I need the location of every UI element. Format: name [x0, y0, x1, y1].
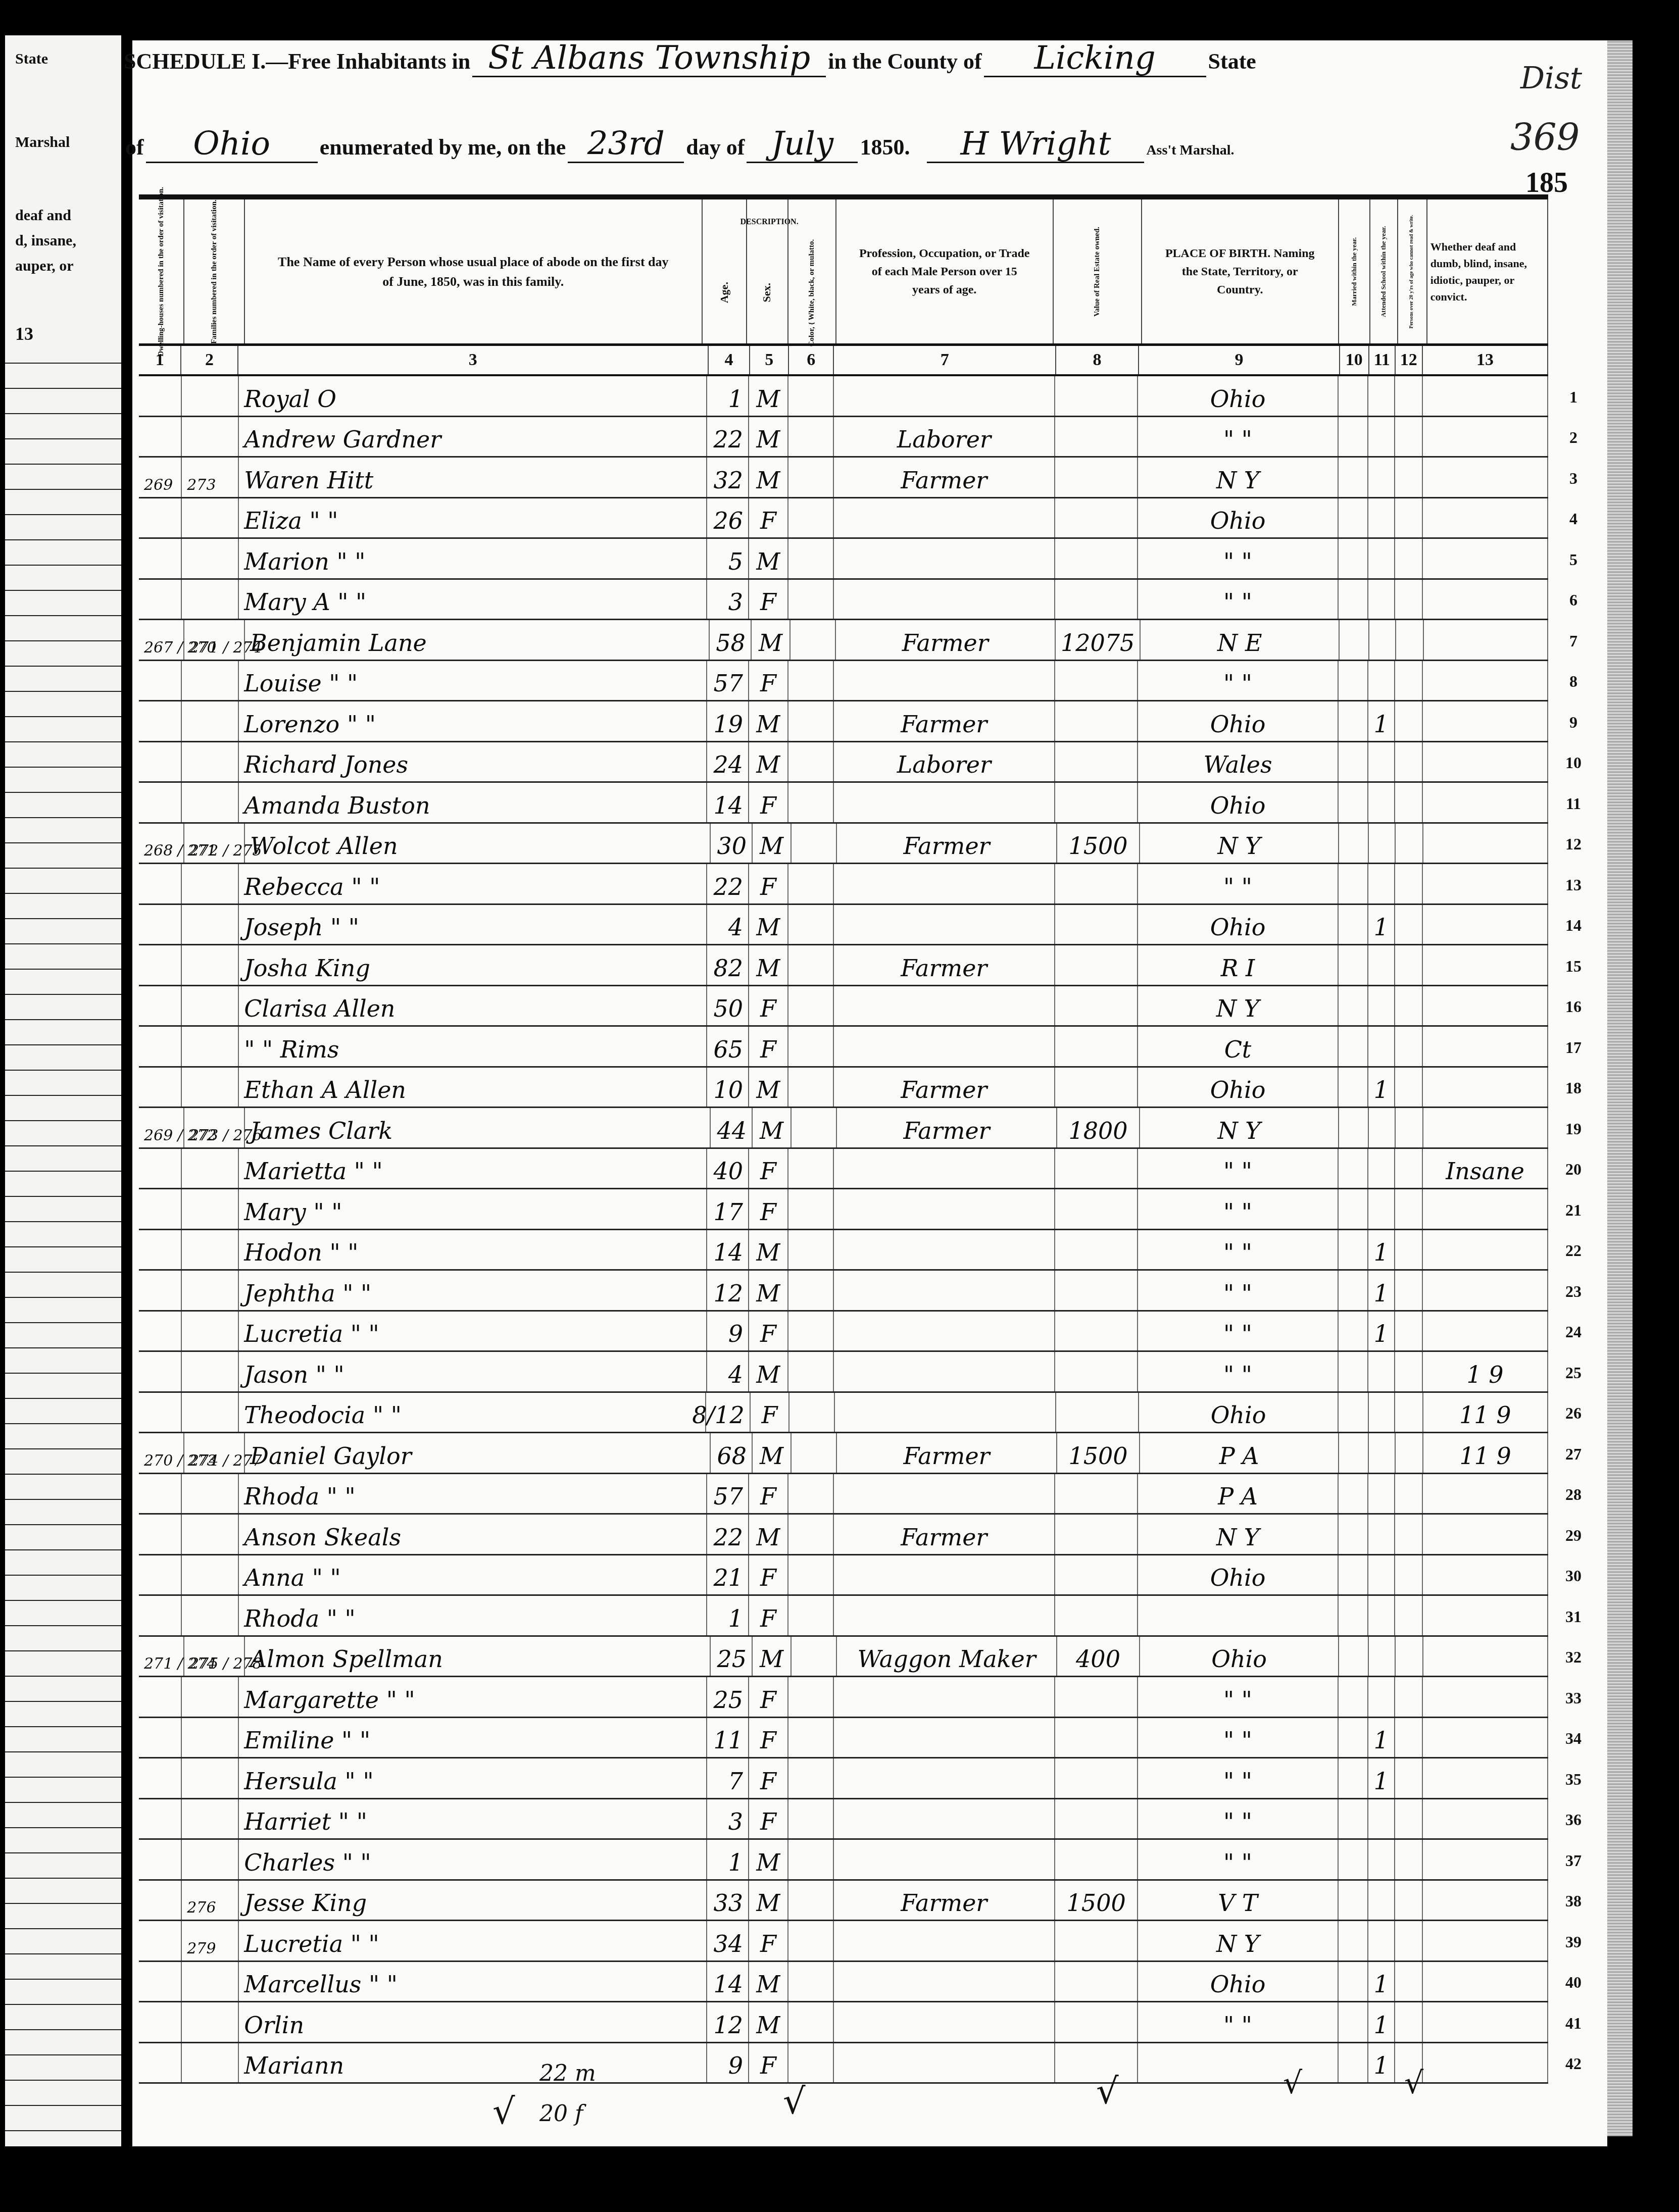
row-school: [1368, 1027, 1395, 1066]
row-age: 32: [707, 458, 749, 497]
row-occupation: [834, 986, 1055, 1026]
row-occupation: [834, 1474, 1055, 1514]
row-illiterate: [1395, 1271, 1423, 1310]
col-header-family: Families numbered in the order of visita…: [184, 199, 245, 343]
row-age: 1: [707, 1596, 749, 1635]
row-name: James Clark: [245, 1108, 711, 1147]
table-row: Rebecca " "22F" "13: [139, 864, 1548, 905]
row-school: [1369, 824, 1396, 863]
row-name: Hodon " ": [239, 1230, 707, 1270]
row-married: [1339, 905, 1368, 944]
row-dwelling-number: [139, 742, 182, 782]
row-age: 44: [711, 1108, 753, 1147]
row-condition: [1423, 1758, 1548, 1798]
row-school: [1369, 1108, 1396, 1147]
col-num-6: 6: [789, 346, 834, 374]
row-family-number: [182, 945, 239, 985]
row-family-number: 274 / 277: [184, 1433, 245, 1473]
row-illiterate: [1396, 1108, 1423, 1147]
row-family-number: [182, 1718, 239, 1757]
row-occupation: [834, 1149, 1055, 1188]
row-school: 1: [1368, 1230, 1395, 1270]
row-school: [1368, 498, 1395, 538]
table-row: Mary A " "3F" "6: [139, 580, 1548, 621]
row-occupation: [834, 2043, 1055, 2083]
row-condition: [1424, 620, 1548, 660]
row-school: [1368, 1474, 1395, 1514]
row-illiterate: [1395, 1189, 1423, 1229]
row-sex: F: [749, 1596, 788, 1635]
row-condition: 1 9: [1423, 1352, 1548, 1391]
row-sex: F: [749, 2043, 788, 2083]
row-school: [1368, 742, 1395, 782]
row-school: [1368, 539, 1395, 578]
row-age: 14: [707, 1230, 749, 1270]
row-birthplace: P A: [1138, 1474, 1339, 1514]
row-condition: [1423, 1312, 1548, 1351]
row-sex: F: [749, 1718, 788, 1757]
row-occupation: Farmer: [837, 1433, 1057, 1473]
row-illiterate: [1396, 620, 1424, 660]
row-illiterate: [1395, 783, 1423, 822]
row-dwelling-number: [139, 1149, 182, 1188]
row-age: 8/12: [706, 1393, 751, 1432]
township-field: St Albans Township: [472, 40, 826, 77]
row-color: [788, 417, 834, 457]
row-illiterate: [1395, 1312, 1423, 1351]
row-birthplace: P A: [1140, 1433, 1340, 1473]
row-occupation: [834, 1027, 1055, 1066]
row-illiterate: [1395, 458, 1423, 497]
row-dwelling-number: [139, 1758, 182, 1798]
row-school: [1368, 1596, 1395, 1635]
row-married: [1339, 1433, 1369, 1473]
row-real-estate: [1055, 1352, 1138, 1391]
row-illiterate: [1395, 1149, 1423, 1188]
row-name: Orlin: [239, 2002, 707, 2042]
row-real-estate: [1055, 1474, 1138, 1514]
row-name: Marietta " ": [239, 1149, 707, 1188]
row-illiterate: [1395, 376, 1423, 416]
line-number: 9: [1558, 713, 1589, 732]
enumeration-header-line: of Ohio enumerated by me, on the 23rd da…: [125, 126, 1234, 163]
row-illiterate: [1395, 1027, 1423, 1066]
line-number: 40: [1558, 1973, 1589, 1992]
marshal-name-field: H Wright: [927, 126, 1144, 163]
line-number: 14: [1558, 916, 1589, 935]
row-age: 22: [707, 864, 749, 903]
row-sex: M: [749, 1840, 788, 1879]
row-age: 12: [707, 1271, 749, 1310]
state-field: Ohio: [146, 126, 318, 163]
table-row: Andrew Gardner22MLaborer" "2: [139, 417, 1548, 458]
enumerated-label: enumerated by me, on the: [320, 135, 566, 160]
col-header-sex: Sex.: [747, 199, 788, 343]
row-illiterate: [1395, 1515, 1423, 1554]
row-occupation: [834, 1677, 1055, 1717]
row-condition: [1423, 2043, 1548, 2083]
row-married: [1339, 864, 1368, 903]
row-color: [792, 1637, 837, 1676]
line-number: 3: [1558, 469, 1589, 488]
row-real-estate: [1055, 742, 1138, 782]
row-real-estate: [1055, 580, 1138, 619]
row-sex: M: [749, 539, 788, 578]
line-number: 19: [1558, 1120, 1589, 1138]
row-age: 65: [707, 1027, 749, 1066]
row-name: Clarisa Allen: [239, 986, 707, 1026]
row-family-number: 275 / 278: [184, 1637, 245, 1676]
row-name: Lorenzo " ": [239, 701, 707, 741]
row-family-number: [182, 1799, 239, 1839]
table-body: Royal O1MOhio1Andrew Gardner22MLaborer" …: [139, 376, 1548, 2084]
row-occupation: [834, 1758, 1055, 1798]
row-birthplace: " ": [1138, 1230, 1339, 1270]
row-occupation: [834, 1352, 1055, 1391]
row-name: Almon Spellman: [245, 1637, 711, 1676]
row-married: [1339, 945, 1368, 985]
row-real-estate: [1055, 986, 1138, 1026]
line-number: 42: [1558, 2054, 1589, 2073]
table-row: Rhoda " "1F31: [139, 1596, 1548, 1637]
row-family-number: [182, 986, 239, 1026]
row-name: Theodocia " ": [239, 1393, 706, 1432]
table-row: Marcellus " "14MOhio140: [139, 1962, 1548, 2003]
row-married: [1339, 1189, 1368, 1229]
district-note: Dist: [1520, 61, 1582, 96]
row-sex: M: [752, 620, 791, 660]
row-birthplace: " ": [1138, 580, 1339, 619]
row-age: 68: [711, 1433, 753, 1473]
tally-males: 22 m: [539, 2060, 596, 2086]
row-condition: [1423, 1189, 1548, 1229]
row-married: [1339, 1027, 1368, 1066]
row-married: [1339, 824, 1369, 863]
row-condition: [1423, 1027, 1548, 1066]
description-group: DESCRIPTION. Age. Sex. Color, { White, b…: [703, 199, 836, 343]
row-condition: [1423, 1596, 1548, 1635]
row-dwelling-number: [139, 945, 182, 985]
table-row: Eliza " "26FOhio4: [139, 498, 1548, 539]
row-birthplace: " ": [1138, 661, 1339, 700]
row-real-estate: [1056, 1393, 1139, 1432]
line-number: 28: [1558, 1485, 1589, 1504]
line-number: 8: [1558, 672, 1589, 691]
row-real-estate: [1055, 1230, 1138, 1270]
table-row: Marion " "5M" "5: [139, 539, 1548, 580]
row-name: Louise " ": [239, 661, 707, 700]
line-number: 41: [1558, 2014, 1589, 2033]
line-number: 39: [1558, 1933, 1589, 1951]
row-color: [788, 1799, 834, 1839]
row-condition: [1423, 1230, 1548, 1270]
line-number: 22: [1558, 1241, 1589, 1260]
schedule-header-line: SCHEDULE I.—Free Inhabitants in St Alban…: [124, 40, 1256, 77]
row-name: Harriet " ": [239, 1799, 707, 1839]
row-condition: 11 9: [1423, 1433, 1548, 1473]
row-occupation: [834, 376, 1055, 416]
table-row: Mariann9F142: [139, 2043, 1548, 2084]
row-birthplace: Ohio: [1138, 1068, 1339, 1107]
row-occupation: [834, 1271, 1055, 1310]
row-school: 1: [1368, 1758, 1395, 1798]
col-header-illiterate: Persons over 20 y'rs of age who cannot r…: [1398, 199, 1427, 343]
row-occupation: [834, 1312, 1055, 1351]
line-number: 18: [1558, 1079, 1589, 1097]
row-family-number: [182, 1962, 239, 2001]
row-birthplace: N Y: [1138, 1921, 1339, 1960]
row-color: [788, 2043, 834, 2083]
row-real-estate: 12075: [1056, 620, 1141, 660]
row-school: [1368, 1799, 1395, 1839]
row-real-estate: [1055, 905, 1138, 944]
row-sex: M: [749, 1515, 788, 1554]
county-label: in the County of: [828, 49, 981, 74]
row-school: [1368, 986, 1395, 1026]
row-illiterate: [1395, 1881, 1423, 1920]
row-birthplace: N Y: [1138, 1515, 1339, 1554]
row-dwelling-number: [139, 986, 182, 1026]
row-real-estate: [1055, 1840, 1138, 1879]
row-real-estate: [1055, 1068, 1138, 1107]
row-real-estate: [1055, 2002, 1138, 2042]
row-married: [1339, 1474, 1368, 1514]
row-occupation: Farmer: [837, 824, 1057, 863]
line-number: 32: [1558, 1648, 1589, 1667]
row-occupation: [834, 783, 1055, 822]
row-name: Mary A " ": [239, 580, 707, 619]
row-age: 14: [707, 1962, 749, 2001]
row-age: 19: [707, 701, 749, 741]
line-number: 26: [1558, 1404, 1589, 1423]
row-real-estate: [1055, 1799, 1138, 1839]
row-family-number: 273: [182, 458, 239, 497]
row-illiterate: [1395, 945, 1423, 985]
row-real-estate: [1055, 1718, 1138, 1757]
row-birthplace: " ": [1138, 539, 1339, 578]
table-row: Orlin12M" "141: [139, 2002, 1548, 2043]
row-birthplace: " ": [1138, 1149, 1339, 1188]
row-color: [792, 824, 837, 863]
row-dwelling-number: [139, 498, 182, 538]
row-married: [1339, 498, 1368, 538]
row-married: [1339, 1068, 1368, 1107]
row-married: [1339, 1962, 1368, 2001]
row-sex: M: [749, 1271, 788, 1310]
row-age: 10: [707, 1068, 749, 1107]
row-name: Josha King: [239, 945, 707, 985]
row-family-number: 273 / 276: [184, 1108, 245, 1147]
row-illiterate: [1395, 1799, 1423, 1839]
row-sex: M: [753, 1108, 792, 1147]
row-birthplace: " ": [1138, 1352, 1339, 1391]
row-condition: [1423, 986, 1548, 1026]
row-married: [1339, 1555, 1368, 1595]
row-color: [788, 376, 834, 416]
row-age: 22: [707, 1515, 749, 1554]
row-real-estate: [1055, 458, 1138, 497]
row-age: 11: [707, 1718, 749, 1757]
row-color: [788, 1596, 834, 1635]
scan-border-bottom: [0, 2146, 1679, 2212]
row-sex: M: [749, 1962, 788, 2001]
row-illiterate: [1395, 417, 1423, 457]
row-sex: F: [749, 1149, 788, 1188]
row-family-number: 279: [182, 1921, 239, 1960]
row-school: [1368, 864, 1395, 903]
row-sex: F: [749, 864, 788, 903]
column-number-row: 1 2 3 4 5 6 7 8 9 10 11 12 13: [139, 346, 1548, 376]
row-color: [788, 2002, 834, 2042]
row-real-estate: [1055, 1149, 1138, 1188]
row-dwelling-number: [139, 1474, 182, 1514]
row-illiterate: [1395, 580, 1423, 619]
row-occupation: Farmer: [834, 1068, 1055, 1107]
row-birthplace: Ohio: [1138, 1555, 1339, 1595]
row-color: [792, 1108, 837, 1147]
row-married: [1339, 1677, 1368, 1717]
month-field: July: [747, 126, 858, 163]
row-dwelling-number: [139, 1881, 182, 1920]
line-number: 11: [1558, 794, 1589, 813]
row-family-number: [182, 1596, 239, 1635]
row-name: Amanda Buston: [239, 783, 707, 822]
row-real-estate: [1055, 1312, 1138, 1351]
row-condition: [1423, 1718, 1548, 1757]
asst-marshal-label: Ass't Marshal.: [1146, 142, 1234, 158]
row-color: [788, 701, 834, 741]
row-color: [788, 783, 834, 822]
row-dwelling-number: 267 / 270: [139, 620, 184, 660]
row-name: Hersula " ": [239, 1758, 707, 1798]
row-school: [1368, 1515, 1395, 1554]
row-birthplace: N Y: [1138, 986, 1339, 1026]
check-mark: √: [783, 2081, 806, 2122]
row-real-estate: [1055, 1515, 1138, 1554]
col-header-name: The Name of every Person whose usual pla…: [245, 199, 703, 343]
row-illiterate: [1395, 1352, 1423, 1391]
row-illiterate: [1395, 1840, 1423, 1879]
row-color: [788, 1555, 834, 1595]
row-real-estate: [1055, 539, 1138, 578]
row-age: 30: [711, 824, 753, 863]
row-age: 5: [707, 539, 749, 578]
row-birthplace: N Y: [1140, 824, 1340, 863]
row-name: Rebecca " ": [239, 864, 707, 903]
row-sex: F: [749, 1474, 788, 1514]
row-name: Lucretia " ": [239, 1312, 707, 1351]
row-color: [788, 1515, 834, 1554]
row-illiterate: [1395, 864, 1423, 903]
row-occupation: [834, 1230, 1055, 1270]
table-row: Josha King82MFarmerR I15: [139, 945, 1548, 986]
row-illiterate: [1395, 661, 1423, 700]
row-occupation: [834, 864, 1055, 903]
row-condition: [1423, 783, 1548, 822]
row-family-number: 271 / 274: [184, 620, 245, 660]
row-birthplace: " ": [1138, 1840, 1339, 1879]
previous-page-margin: State Marshal deaf and d, insane, auper,…: [5, 35, 121, 2146]
row-name: Waren Hitt: [239, 458, 707, 497]
row-school: [1368, 1881, 1395, 1920]
row-sex: M: [753, 824, 792, 863]
col-header-birthplace: PLACE OF BIRTH. Naming the State, Territ…: [1142, 199, 1339, 343]
col-header-school: Attended School within the year.: [1370, 199, 1398, 343]
row-birthplace: [1138, 1596, 1339, 1635]
row-condition: Insane: [1423, 1149, 1548, 1188]
row-condition: [1423, 701, 1548, 741]
row-age: 82: [707, 945, 749, 985]
table-row: Richard Jones24MLaborerWales10: [139, 742, 1548, 783]
table-row: 270 / 273274 / 277Daniel Gaylor68MFarmer…: [139, 1433, 1548, 1474]
line-number: 37: [1558, 1851, 1589, 1870]
row-sex: M: [749, 905, 788, 944]
col-num-8: 8: [1056, 346, 1139, 374]
row-real-estate: 1500: [1055, 1881, 1138, 1920]
row-age: 50: [707, 986, 749, 1026]
row-family-number: [182, 1312, 239, 1351]
row-school: 1: [1368, 701, 1395, 741]
row-birthplace: Ohio: [1138, 701, 1339, 741]
row-name: Daniel Gaylor: [245, 1433, 711, 1473]
row-occupation: Farmer: [834, 701, 1055, 741]
row-age: 17: [707, 1189, 749, 1229]
row-dwelling-number: [139, 1393, 182, 1432]
row-occupation: Farmer: [834, 945, 1055, 985]
row-birthplace: N Y: [1140, 1108, 1340, 1147]
row-birthplace: N Y: [1138, 458, 1339, 497]
check-mark: √: [1283, 2066, 1302, 2101]
table-row: Hodon " "14M" "122: [139, 1230, 1548, 1271]
row-illiterate: [1395, 1962, 1423, 2001]
row-name: Jason " ": [239, 1352, 707, 1391]
row-family-number: [182, 1149, 239, 1188]
row-illiterate: [1395, 1555, 1423, 1595]
previous-page-col13-line1: deaf and: [15, 207, 71, 224]
table-row: 269273Waren Hitt32MFarmerN Y3: [139, 458, 1548, 498]
row-color: [788, 1068, 834, 1107]
row-married: [1339, 1758, 1368, 1798]
previous-page-header: State Marshal deaf and d, insane, auper,…: [5, 35, 121, 359]
row-dwelling-number: 269 / 272: [139, 1108, 184, 1147]
row-family-number: [182, 864, 239, 903]
line-number: 31: [1558, 1607, 1589, 1626]
row-married: [1339, 1596, 1368, 1635]
row-dwelling-number: [139, 580, 182, 619]
day-of-label: day of: [686, 135, 745, 160]
row-condition: [1423, 1637, 1548, 1676]
row-dwelling-number: [139, 1312, 182, 1351]
table-row: Margarette " "25F" "33: [139, 1677, 1548, 1718]
year-label: 1850.: [860, 135, 910, 160]
line-number: 36: [1558, 1811, 1589, 1829]
row-school: [1368, 458, 1395, 497]
row-sex: M: [749, 1230, 788, 1270]
row-condition: [1423, 1677, 1548, 1717]
row-age: 58: [710, 620, 752, 660]
row-occupation: [834, 1799, 1055, 1839]
row-married: [1339, 1312, 1368, 1351]
row-school: 1: [1368, 1962, 1395, 2001]
tally-females: 20 f: [539, 2101, 583, 2127]
row-family-number: [182, 661, 239, 700]
row-sex: M: [753, 1433, 792, 1473]
col-header-real-estate: Value of Real Estate owned.: [1054, 199, 1142, 343]
col-num-4: 4: [709, 346, 750, 374]
row-dwelling-number: [139, 1027, 182, 1066]
row-color: [788, 661, 834, 700]
check-mark: √: [1096, 2071, 1119, 2112]
